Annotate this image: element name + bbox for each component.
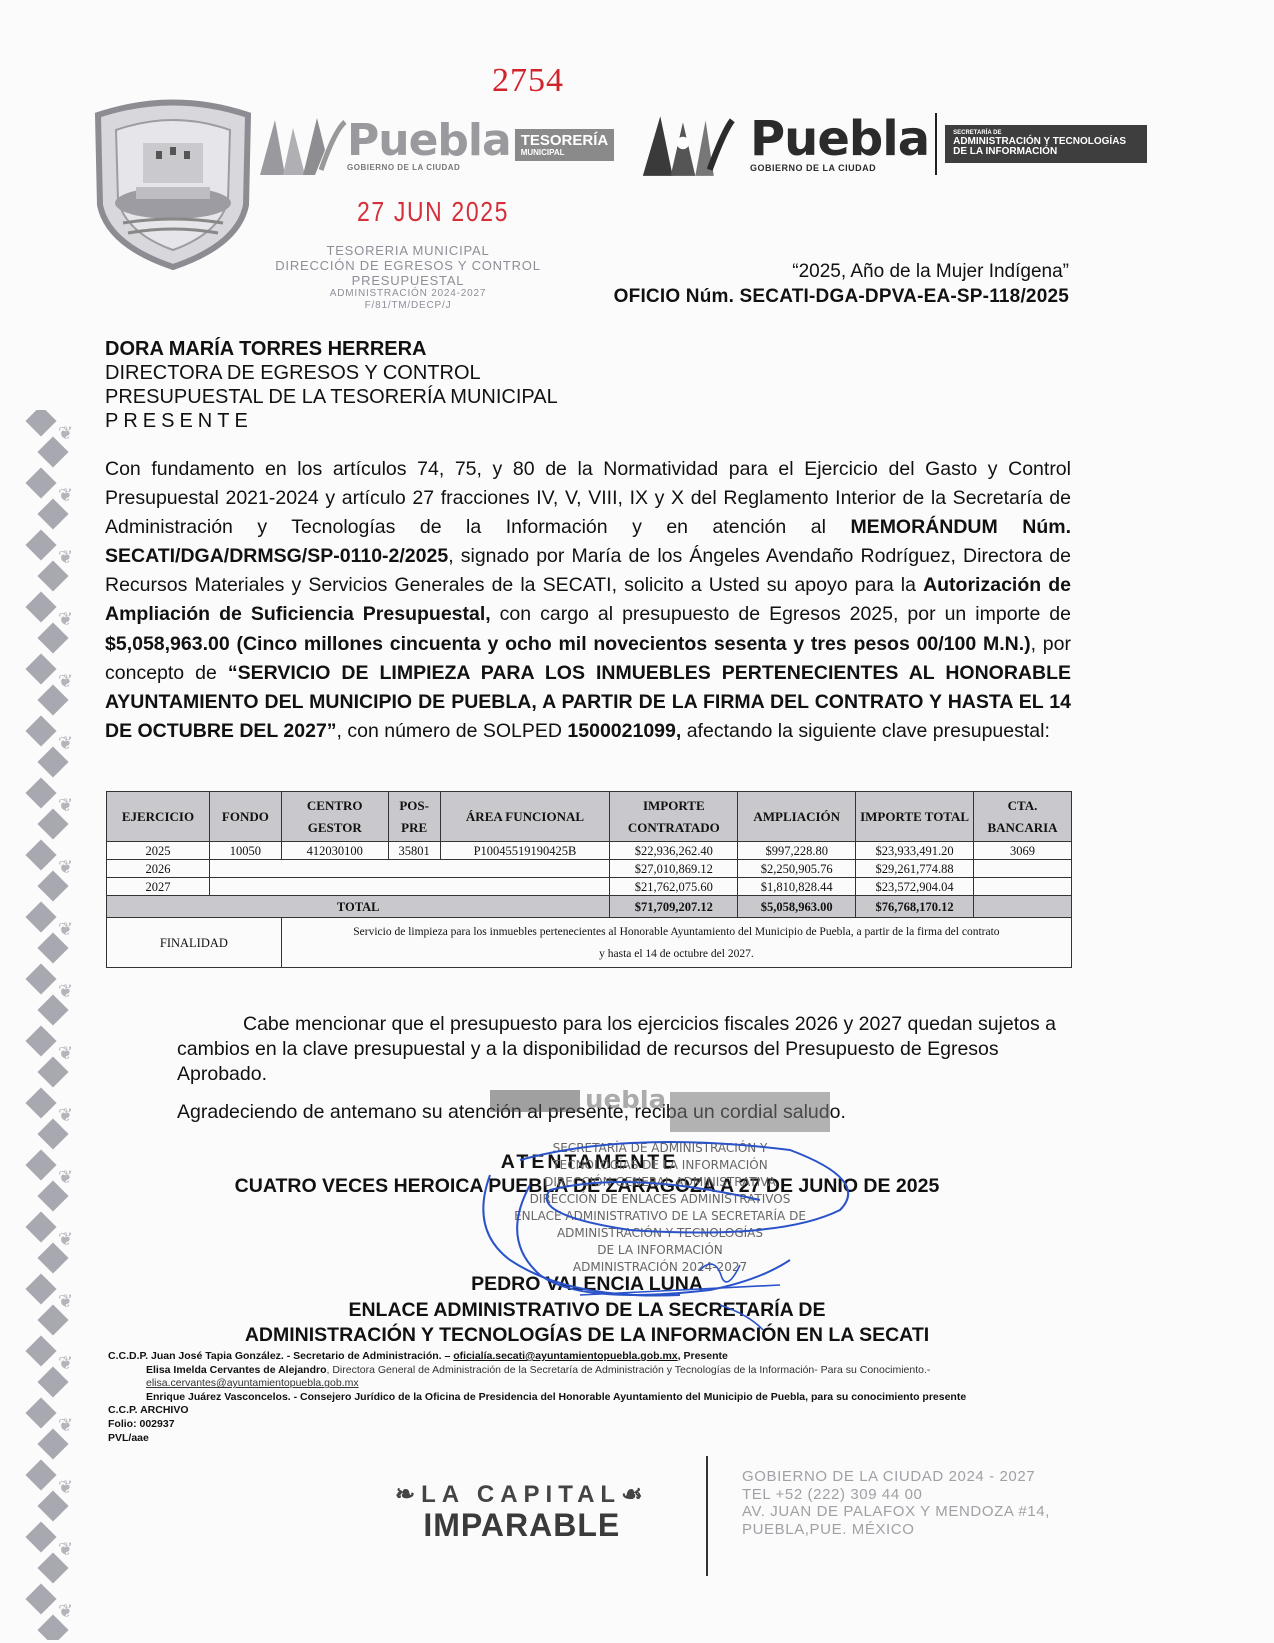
tesoreria-badge-title: TESORERÍA — [521, 132, 609, 149]
addressee-title: PRESUPUESTAL DE LA TESORERÍA MUNICIPAL — [105, 385, 558, 409]
main-paragraph: Con fundamento en los artículos 74, 75, … — [105, 455, 1071, 746]
solped-number: 1500021099, — [567, 720, 681, 742]
cell-cta-bancaria — [974, 878, 1072, 896]
leaf-motif-icon: ❦ — [58, 1354, 73, 1372]
table-total-row: TOTAL $71,709,207.12 $5,058,963.00 $76,7… — [107, 896, 1072, 918]
col-header: IMPORTE TOTAL — [856, 792, 974, 842]
leaf-motif-icon: ❦ — [58, 1230, 73, 1248]
cc-email-link[interactable]: elisa.cervantes@ayuntamientopuebla.gob.m… — [146, 1377, 359, 1389]
finalidad-label: FINALIDAD — [107, 918, 282, 968]
total-ampliacion: $5,058,963.00 — [738, 896, 856, 918]
amount: $5,058,963.00 (Cinco millones cincuenta … — [105, 633, 1031, 655]
cc-archivo: C.C.P. ARCHIVO — [108, 1404, 966, 1418]
puebla-emblem-icon — [255, 110, 347, 180]
leaf-motif-icon: ❦ — [58, 1106, 73, 1124]
seal-text-line: DE LA INFORMACIÓN — [597, 1242, 723, 1257]
text: afectando la siguiente clave presupuesta… — [681, 720, 1050, 742]
cell-cta-bancaria: 3069 — [974, 842, 1072, 860]
total-label: TOTAL — [107, 896, 610, 918]
budget-note-paragraph: Cabe mencionar que el presupuesto para l… — [177, 1012, 1057, 1087]
cell-ampliacion: $2,250,905.76 — [738, 860, 856, 878]
col-header: CENTRO GESTOR — [281, 792, 388, 842]
table-row: 2026 $27,010,869.12 $2,250,905.76 $29,26… — [107, 860, 1072, 878]
cell-empty — [209, 878, 609, 896]
diamond-motif-icon — [25, 1211, 56, 1242]
carbon-copy-block: C.C.D.P. Juan José Tapia González. - Sec… — [108, 1350, 966, 1445]
leaf-motif-icon: ❦ — [58, 734, 73, 752]
diamond-motif-icon — [25, 1521, 56, 1552]
cell-importe-total: $23,572,904.04 — [856, 878, 974, 896]
table-row: 2025 10050 412030100 35801 P100455191904… — [107, 842, 1072, 860]
tesoreria-logo: Puebla GOBIERNO DE LA CIUDAD TESORERÍA M… — [255, 110, 614, 180]
folio-number: Folio: 002937 — [108, 1418, 966, 1432]
footer-brand-logo: ❧LA CAPITAL☙ IMPARABLE — [395, 1480, 649, 1541]
leaf-motif-icon: ❦ — [58, 1416, 73, 1434]
text: , Directora General de Administración de… — [327, 1364, 931, 1376]
stamp-line: ADMINISTRACIÓN 2024-2027 — [268, 288, 548, 300]
text: , con número de SOLPED — [337, 720, 568, 742]
total-cta-bancaria — [974, 896, 1072, 918]
diamond-motif-icon — [25, 591, 56, 622]
logo-divider — [935, 113, 937, 175]
col-header: ÁREA FUNCIONAL — [440, 792, 610, 842]
closing-atentamente: ATENTAMENTE — [0, 1151, 1174, 1174]
diamond-motif-icon — [25, 1459, 56, 1490]
leaf-motif-icon: ❦ — [58, 858, 73, 876]
cell-importe-total: $23,933,491.20 — [856, 842, 974, 860]
brand-line: IMPARABLE — [395, 1509, 649, 1541]
table-header-row: EJERCICIO FONDO CENTRO GESTOR POS-PRE ÁR… — [107, 792, 1072, 842]
initials: PVL/aae — [108, 1432, 966, 1446]
leaf-motif-icon: ❦ — [58, 548, 73, 566]
leaf-motif-icon: ❦ — [58, 610, 73, 628]
cc-line: Enrique Juárez Vasconcelos. - Consejero … — [108, 1391, 966, 1405]
diamond-motif-icon — [25, 410, 56, 437]
cell-importe-contratado: $22,936,262.40 — [610, 842, 738, 860]
diamond-motif-icon — [25, 1025, 56, 1056]
leaf-motif-icon: ❦ — [58, 796, 73, 814]
cc-line: C.C.D.P. Juan José Tapia González. - Sec… — [108, 1350, 966, 1364]
tesoreria-badge: TESORERÍA MUNICIPAL — [515, 129, 615, 161]
cc-recipient: C.C.D.P. Juan José Tapia González. - Sec… — [108, 1350, 453, 1362]
contact-line: PUEBLA,PUE. MÉXICO — [742, 1521, 1050, 1539]
cell-centro-gestor: 412030100 — [281, 842, 388, 860]
col-header: IMPORTE CONTRATADO — [610, 792, 738, 842]
total-importe-total: $76,768,170.12 — [856, 896, 974, 918]
cell-ampliacion: $1,810,828.44 — [738, 878, 856, 896]
diamond-motif-icon — [25, 777, 56, 808]
date-received-stamp: 27 JUN 2025 — [357, 196, 509, 228]
budget-table: EJERCICIO FONDO CENTRO GESTOR POS-PRE ÁR… — [106, 791, 1072, 968]
puebla-emblem-icon — [620, 108, 750, 180]
wing-right-icon: ☙ — [621, 1481, 649, 1508]
seal-text-line: ADMINISTRACIÓN Y TECNOLOGÍAS — [557, 1225, 763, 1240]
text: Cabe mencionar que el presupuesto para l… — [177, 1013, 1056, 1085]
cell-cta-bancaria — [974, 860, 1072, 878]
finalidad-line: y hasta el 14 de octubre del 2027. — [285, 943, 1068, 965]
stamp-line: F/81/TM/DECP/J — [268, 300, 548, 312]
cc-email-link[interactable]: oficialía.secati@ayuntamientopuebla.gob.… — [453, 1350, 677, 1362]
total-importe-contratado: $71,709,207.12 — [610, 896, 738, 918]
cc-line: elisa.cervantes@ayuntamientopuebla.gob.m… — [108, 1377, 966, 1391]
tesoreria-badge-sub: MUNICIPAL — [521, 149, 609, 157]
secati-logo: Puebla GOBIERNO DE LA CIUDAD SECRETARÍA … — [620, 108, 1147, 180]
footer-contact: GOBIERNO DE LA CIUDAD 2024 - 2027 TEL +5… — [742, 1468, 1050, 1538]
text: , Presente — [678, 1350, 728, 1362]
receipt-stamp-number: 2754 — [492, 62, 564, 100]
cell-pos-pre: 35801 — [388, 842, 440, 860]
diamond-motif-icon — [25, 529, 56, 560]
leaf-motif-icon: ❦ — [58, 1044, 73, 1062]
oficio-number: OFICIO Núm. SECATI-DGA-DPVA-EA-SP-118/20… — [614, 286, 1069, 308]
wing-left-icon: ❧ — [395, 1481, 421, 1508]
finalidad-text: Servicio de limpieza para los inmuebles … — [281, 918, 1071, 968]
signer-title: ADMINISTRACIÓN Y TECNOLOGÍAS DE LA INFOR… — [0, 1324, 1174, 1347]
contact-line: GOBIERNO DE LA CIUDAD 2024 - 2027 — [742, 1468, 1050, 1486]
stamp-line: PRESUPUESTAL — [268, 273, 548, 288]
table-row: 2027 $21,762,075.60 $1,810,828.44 $23,57… — [107, 878, 1072, 896]
leaf-motif-icon: ❦ — [58, 1478, 73, 1496]
signer-name: PEDRO VALENCIA LUNA — [0, 1273, 1174, 1296]
diamond-motif-icon — [25, 839, 56, 870]
thanks-paragraph: Agradeciendo de antemano su atención al … — [177, 1101, 846, 1124]
cell-area-funcional: P10045519190425B — [440, 842, 610, 860]
logo-wordmark: Puebla — [347, 119, 511, 163]
city-coat-of-arms-icon — [88, 95, 258, 270]
diamond-motif-icon — [25, 715, 56, 746]
col-header: EJERCICIO — [107, 792, 210, 842]
treasury-receipt-stamp: TESORERIA MUNICIPAL DIRECCIÓN DE EGRESOS… — [268, 243, 548, 312]
leaf-motif-icon: ❦ — [58, 920, 73, 938]
secati-badge: SECRETARÍA DE ADMINISTRACIÓN Y TECNOLOGÍ… — [945, 125, 1147, 162]
closing-city-date: CUATRO VECES HEROICA PUEBLA DE ZARAGOZA … — [0, 1175, 1174, 1198]
col-header: POS-PRE — [388, 792, 440, 842]
diamond-motif-icon — [25, 467, 56, 498]
diamond-motif-icon — [25, 1397, 56, 1428]
addressee-block: DORA MARÍA TORRES HERRERA DIRECTORA DE E… — [105, 337, 558, 433]
cell-ejercicio: 2026 — [107, 860, 210, 878]
leaf-motif-icon: ❦ — [58, 424, 73, 442]
seal-text-line: ENLACE ADMINISTRATIVO DE LA SECRETARÍA D… — [514, 1208, 806, 1223]
leaf-motif-icon: ❦ — [58, 1540, 73, 1558]
leaf-motif-icon: ❦ — [58, 486, 73, 504]
contact-line: TEL +52 (222) 309 44 00 — [742, 1486, 1050, 1504]
diamond-motif-icon — [25, 653, 56, 684]
logo-wordmark: Puebla — [750, 115, 929, 163]
col-header: CTA. BANCARIA — [974, 792, 1072, 842]
stamp-line: TESORERIA MUNICIPAL — [268, 243, 548, 258]
diamond-motif-icon — [25, 1087, 56, 1118]
addressee-name: DORA MARÍA TORRES HERRERA — [105, 337, 558, 361]
cell-importe-contratado: $27,010,869.12 — [610, 860, 738, 878]
diamond-motif-icon — [25, 1583, 56, 1614]
salutation: PRESENTE — [105, 409, 558, 433]
signer-title: ENLACE ADMINISTRATIVO DE LA SECRETARÍA D… — [0, 1299, 1174, 1322]
cell-ejercicio: 2025 — [107, 842, 210, 860]
stamp-line: DIRECCIÓN DE EGRESOS Y CONTROL — [268, 258, 548, 273]
cell-importe-contratado: $21,762,075.60 — [610, 878, 738, 896]
finalidad-row: FINALIDAD Servicio de limpieza para los … — [107, 918, 1072, 968]
cc-line: Elisa Imelda Cervantes de Alejandro, Dir… — [108, 1364, 966, 1378]
text: con cargo al presupuesto de Egresos 2025… — [491, 603, 1071, 625]
contact-line: AV. JUAN DE PALAFOX Y MENDOZA #14, — [742, 1503, 1050, 1521]
secati-badge-line2: DE LA INFORMACIÓN — [953, 147, 1139, 158]
cc-recipient: Elisa Imelda Cervantes de Alejandro — [146, 1364, 327, 1376]
diamond-motif-icon — [25, 963, 56, 994]
cell-importe-total: $29,261,774.88 — [856, 860, 974, 878]
seal-text-line: ADMINISTRACIÓN 2024-2027 — [573, 1259, 747, 1274]
leaf-motif-icon: ❦ — [58, 982, 73, 1000]
cell-ampliacion: $997,228.80 — [738, 842, 856, 860]
brand-line: ❧LA CAPITAL☙ — [395, 1480, 649, 1509]
finalidad-line: Servicio de limpieza para los inmuebles … — [285, 921, 1068, 943]
col-header: FONDO — [209, 792, 281, 842]
footer-divider — [706, 1456, 708, 1576]
decorative-side-border: ❦❦❦❦❦❦❦❦❦❦❦❦❦❦❦❦❦❦❦❦ — [16, 410, 76, 1640]
diamond-motif-icon — [25, 901, 56, 932]
leaf-motif-icon: ❦ — [58, 1602, 73, 1620]
col-header: AMPLIACIÓN — [738, 792, 856, 842]
cell-empty — [209, 860, 609, 878]
cell-fondo: 10050 — [209, 842, 281, 860]
year-motto: “2025, Año de la Mujer Indígena” — [792, 261, 1069, 283]
leaf-motif-icon: ❦ — [58, 672, 73, 690]
brand-text: LA CAPITAL — [421, 1481, 621, 1508]
cell-ejercicio: 2027 — [107, 878, 210, 896]
addressee-title: DIRECTORA DE EGRESOS Y CONTROL — [105, 361, 558, 385]
